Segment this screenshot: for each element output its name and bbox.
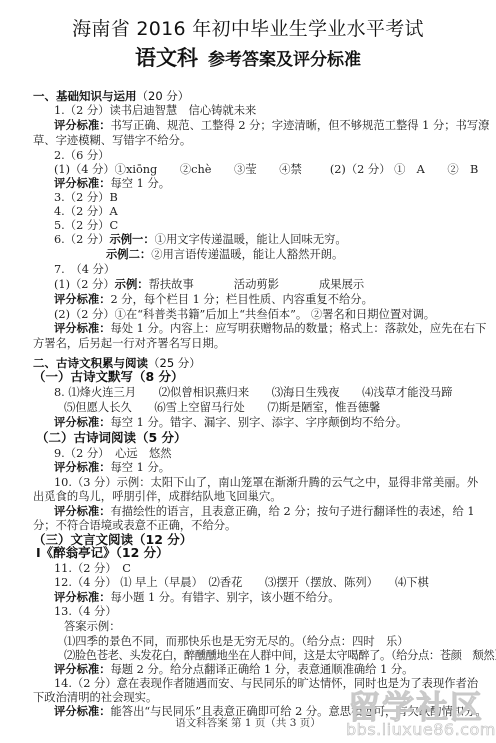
answer-q14-cont: 下政治清明的社会现实。 bbox=[33, 691, 157, 705]
exam-title: 海南省 2016 年初中毕业生学业水平考试 bbox=[0, 14, 496, 41]
criteria-label: 评分标准： bbox=[54, 505, 111, 518]
answer-q4: 4.（2 分）A bbox=[54, 205, 118, 219]
example-label: 示例一： bbox=[109, 233, 154, 246]
question-number: 6.（2 分） bbox=[54, 233, 109, 246]
criteria-text: 每空 1 分。 bbox=[111, 177, 171, 190]
answer-q2-part1: (1)（4 分）①xiōng ②chè ③莹 ④禁 bbox=[54, 163, 302, 176]
criteria-label: 评分标准： bbox=[54, 663, 111, 676]
column-name: 成果展示 bbox=[319, 278, 364, 291]
answer-q10-cont: 出觅食的鸟儿，呼朋引伴，成群结队地飞回巢穴。 bbox=[33, 490, 282, 504]
example-text: ②用言语传递温暖，能让人豁然开朗。 bbox=[151, 248, 343, 261]
criteria-text: 有描绘性的语言，且表意正确，给 2 分；按句子进行翻译性的表述，给 1 bbox=[111, 505, 475, 518]
answer-q8-line1: 8. ⑴烽火连三月 ⑵似曾相识燕归来 ⑶海日生残夜 ⑷浅草才能没马蹄 bbox=[54, 386, 452, 400]
answer-q3: 3.（2 分）B bbox=[54, 191, 118, 205]
criteria-label: 评分标准： bbox=[54, 119, 111, 132]
subject-name: 语文科 bbox=[135, 45, 198, 70]
scoring-criteria-q10-cont: 分；不符合语境或表意不正确，不给分。 bbox=[33, 519, 236, 533]
criteria-label: 评分标准： bbox=[54, 416, 111, 429]
answer-q9: 9.（2 分） 心远 悠然 bbox=[54, 447, 172, 461]
scoring-criteria-q7-2-cont: 方署名，后另起一行对齐署名写日期。 bbox=[33, 337, 225, 351]
criteria-label: 评分标准： bbox=[54, 591, 111, 604]
scoring-criteria-q7-1: 评分标准：2 分，每个栏目 1 分；栏目性质、内容重复不给分。 bbox=[54, 293, 373, 307]
column-name: 帮扶故事 bbox=[149, 278, 194, 291]
section-title: 二、古诗文积累与阅读 bbox=[33, 356, 148, 370]
text-reading-title: Ⅰ《醉翁亭记》（12 分） bbox=[36, 546, 169, 560]
answer-q2-part2: (2)（2 分） ① A ② B bbox=[330, 163, 479, 176]
section-heading-1: 一、基础知识与运用（20 分） bbox=[33, 89, 189, 103]
answer-q10: 10.（3 分）示例：太阳下山了，南山笼罩在渐渐升腾的云气之中，显得非常美丽。外 bbox=[54, 476, 478, 490]
answer-q2-parts: (1)（4 分）①xiōng ②chè ③莹 ④禁(2)（2 分） ① A ② … bbox=[54, 163, 478, 177]
scoring-criteria-q1-cont: 草、字迹模糊、写错字不给分。 bbox=[33, 134, 191, 148]
subject-title: 语文科参考答案及评分标准 bbox=[0, 42, 496, 72]
answer-q12: 12.（4 分） ⑴ 早上（早晨） ⑵香花 ⑶摆开（摆放、陈列） ⑷下棋 bbox=[54, 576, 429, 590]
answer-q7-part2: (2)（2 分）①在“科普类书籍”后加上“共叁佰本”。 ②署名和日期位置对调。 bbox=[54, 308, 435, 322]
answer-q13-part1: ⑴四季的景色不同，而那快乐也是无穷无尽的。（给分点：四时 乐） bbox=[64, 635, 409, 649]
criteria-label: 评分标准： bbox=[54, 322, 111, 335]
answer-q13-example-label: 答案示例： bbox=[64, 620, 121, 634]
question-part: (1)（2 分） bbox=[54, 278, 115, 291]
answer-q1: 1.（2 分）读书启迪智慧 信心铸就未来 bbox=[54, 104, 256, 118]
answer-q6-example1: 6.（2 分）示例一：①用文字传递温暖，能让人回味无穷。 bbox=[54, 233, 347, 247]
section-score: （25 分） bbox=[148, 356, 201, 370]
example-text: ①用文字传递温暖，能让人回味无穷。 bbox=[155, 233, 347, 246]
answer-q2: 2.（6 分） bbox=[54, 149, 109, 163]
answer-q7: 7. （4 分） bbox=[54, 263, 115, 277]
scoring-criteria-q10: 评分标准：有描绘性的语言，且表意正确，给 2 分；按句子进行翻译性的表述，给 1 bbox=[54, 505, 475, 519]
criteria-text: 书写正确、规范、工整得 2 分；字迹清晰，但不够规范工整得 1 分；书写潦 bbox=[111, 119, 490, 132]
section-title: 一、基础知识与运用 bbox=[33, 89, 137, 103]
answer-q6-example2: 示例二：②用言语传递温暖，能让人豁然开朗。 bbox=[106, 248, 343, 262]
answer-q11: 11.（2 分） C bbox=[54, 562, 131, 576]
scoring-criteria-q1: 评分标准：书写正确、规范、工整得 2 分；字迹清晰，但不够规范工整得 1 分；书… bbox=[54, 119, 489, 133]
answer-document-page: 海南省 2016 年初中毕业生学业水平考试 语文科参考答案及评分标准 一、基础知… bbox=[0, 0, 496, 743]
criteria-label: 评分标准： bbox=[54, 177, 111, 190]
scoring-criteria-q13: 评分标准：每题 2 分。给分点翻译正确给 1 分，表意通顺准确给 1 分。 bbox=[54, 663, 413, 677]
scoring-criteria-q7-2: 评分标准：每处 1 分。内容上：应写明获赠物品的数量；格式上：落款处，应先在右下 bbox=[54, 322, 486, 336]
subsection-heading-2: （二）古诗词阅读（5 分） bbox=[36, 431, 187, 445]
section-score: （20 分） bbox=[137, 89, 190, 103]
answer-q8-line2: ⑸但愿人长久 ⑹雪上空留马行处 ⑺斯是陋室，惟吾德馨 bbox=[64, 401, 380, 415]
column-name: 活动剪影 bbox=[234, 278, 279, 291]
example-label: 示例二： bbox=[106, 248, 151, 261]
criteria-text: 每空 1 分。错字、漏字、别字、添字、字序颠倒均不给分。 bbox=[111, 416, 408, 429]
page-footer: 语文科答案 第 1 页（共 3 页） bbox=[0, 715, 496, 730]
criteria-text: 每题 2 分。给分点翻译正确给 1 分，表意通顺准确给 1 分。 bbox=[111, 663, 414, 676]
scoring-criteria-q9: 评分标准：每空 1 分。 bbox=[54, 461, 170, 475]
criteria-text: 每空 1 分。 bbox=[111, 461, 171, 474]
scoring-criteria-q2: 评分标准：每空 1 分。 bbox=[54, 177, 170, 191]
answer-q13: 13.（4 分） bbox=[54, 605, 117, 619]
criteria-text: 每小题 1 分。有错字、别字，该小题不给分。 bbox=[111, 591, 340, 604]
answer-q5: 5.（2 分）C bbox=[54, 219, 118, 233]
example-label: 示例： bbox=[115, 278, 149, 291]
scoring-criteria-q12: 评分标准：每小题 1 分。有错字、别字，该小题不给分。 bbox=[54, 591, 340, 605]
criteria-text: 每处 1 分。内容上：应写明获赠物品的数量；格式上：落款处，应先在右下 bbox=[111, 322, 487, 335]
criteria-text: 2 分，每个栏目 1 分；栏目性质、内容重复不给分。 bbox=[111, 293, 373, 306]
section-heading-2: 二、古诗文积累与阅读（25 分） bbox=[33, 356, 201, 370]
subsection-heading-1: （一）古诗文默写（8 分） bbox=[33, 370, 184, 384]
document-subtitle: 参考答案及评分标准 bbox=[208, 50, 361, 70]
answer-q7-part1: (1)（2 分）示例：帮扶故事活动剪影成果展示 bbox=[54, 278, 364, 292]
criteria-label: 评分标准： bbox=[54, 461, 111, 474]
answer-q14: 14.（2 分）意在表现作者随遇而安、与民同乐的旷达情怀，同时也是为了表现作者治 bbox=[54, 677, 478, 691]
scoring-criteria-q8: 评分标准：每空 1 分。错字、漏字、别字、添字、字序颠倒均不给分。 bbox=[54, 416, 407, 430]
criteria-label: 评分标准： bbox=[54, 293, 111, 306]
answer-q13-part2: ⑵脸色苍老、头发花白，醉醺醺地坐在人群中间，这是太守喝醉了。（给分点：苍颜 颓然… bbox=[64, 649, 496, 663]
